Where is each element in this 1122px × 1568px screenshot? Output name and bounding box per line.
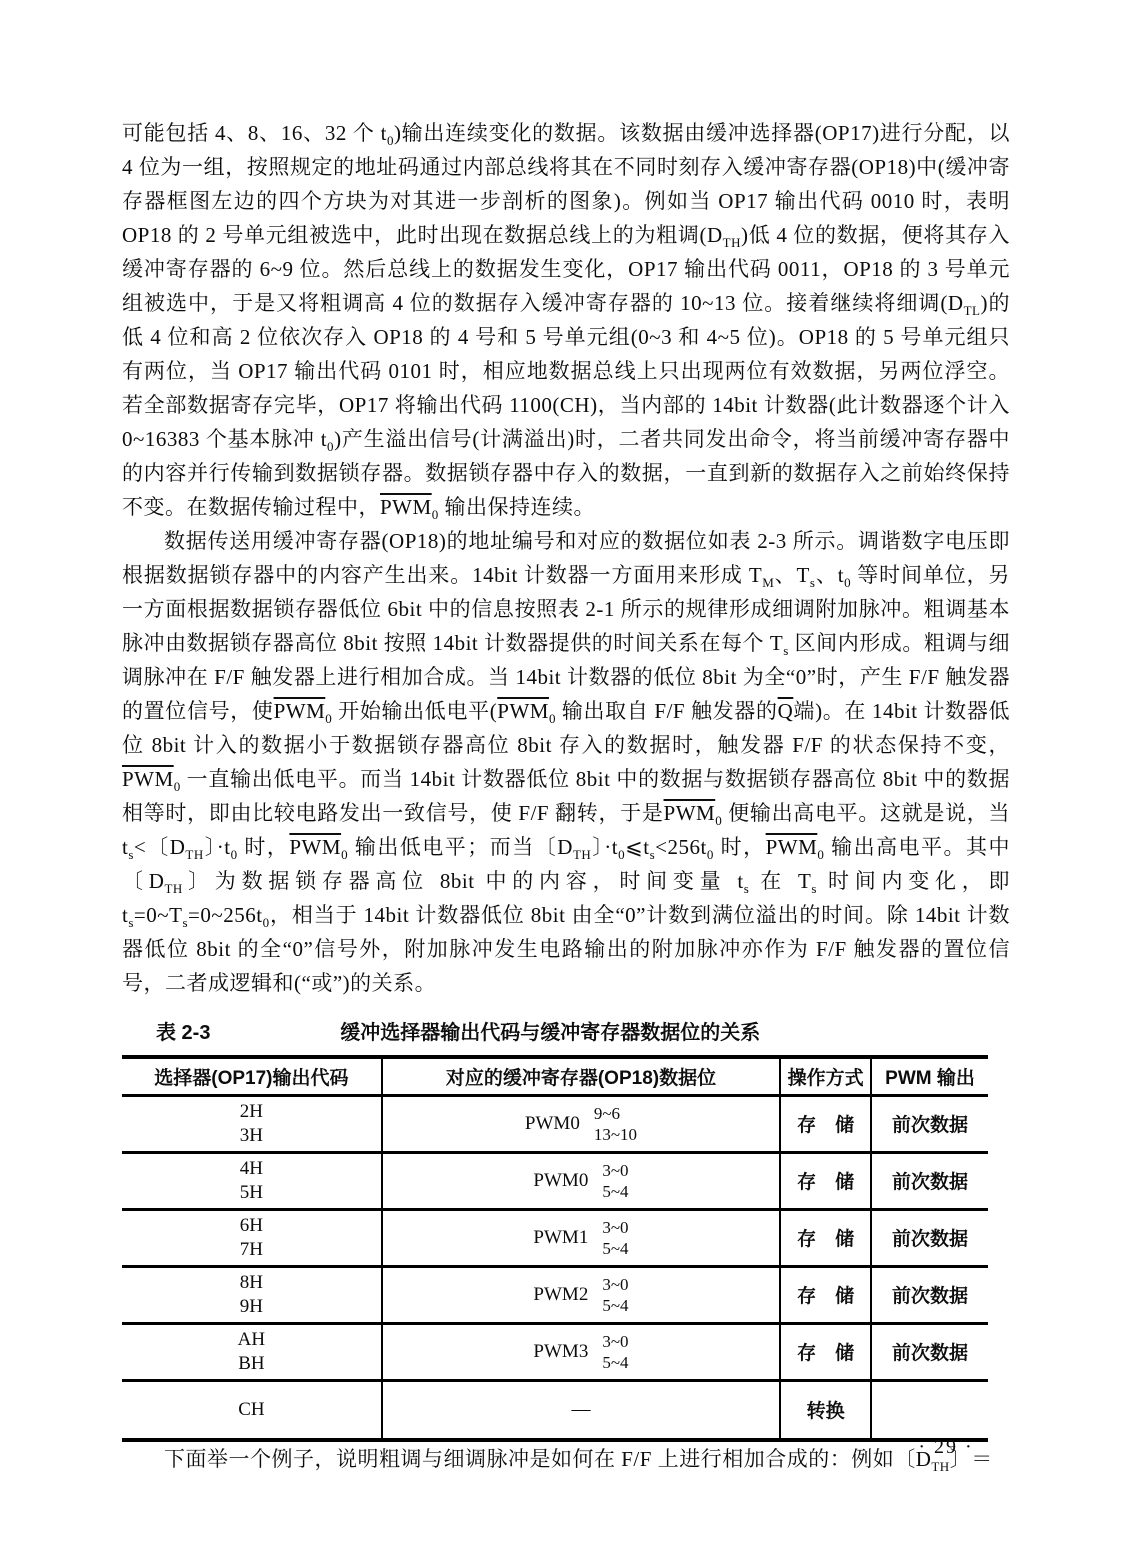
body-paragraph-1: 可能包括 4、8、16、32 个 t0)输出连续变化的数据。该数据由缓冲选择器(… (122, 116, 1010, 524)
pwm-name: PWM0 (525, 1113, 580, 1135)
cell-selector-codes: AH BH (122, 1323, 382, 1380)
pwm-name: PWM2 (533, 1284, 588, 1306)
cell-operation: 存 储 (780, 1152, 871, 1209)
cell-pwm-output: 前次数据 (871, 1095, 988, 1152)
cell-pwm-output: 前次数据 (871, 1266, 988, 1323)
cell-pwm-output: 前次数据 (871, 1209, 988, 1266)
table-header-row: 选择器(OP17)输出代码 对应的缓冲寄存器(OP18)数据位 操作方式 PWM… (122, 1057, 988, 1095)
cell-register-bits: PWM2 3~05~4 (382, 1266, 780, 1323)
cell-operation: 存 储 (780, 1323, 871, 1380)
cell-register-bits: PWM0 9~613~10 (382, 1095, 780, 1152)
table-caption: 表 2-3 缓冲选择器输出代码与缓冲寄存器数据位的关系 (122, 1016, 1010, 1045)
cell-operation: 转换 (780, 1380, 871, 1440)
table-2-3: 选择器(OP17)输出代码 对应的缓冲寄存器(OP18)数据位 操作方式 PWM… (122, 1055, 988, 1442)
table-row: 2H 3H PWM0 9~613~10 存 储 前次数据 (122, 1095, 988, 1152)
body-paragraph-2: 数据传送用缓冲寄存器(OP18)的地址编号和对应的数据位如表 2-3 所示。调谐… (122, 524, 1010, 1000)
table-row: 8H 9H PWM2 3~05~4 存 储 前次数据 (122, 1266, 988, 1323)
cell-pwm-output: 前次数据 (871, 1152, 988, 1209)
pwm-name: PWM3 (533, 1341, 588, 1363)
cell-operation: 存 储 (780, 1266, 871, 1323)
cell-selector-codes: 8H 9H (122, 1266, 382, 1323)
table-row: 4H 5H PWM0 3~05~4 存 储 前次数据 (122, 1152, 988, 1209)
table-label: 表 2-3 (156, 1016, 210, 1045)
pwm-name: — (571, 1399, 590, 1421)
cell-operation: 存 储 (780, 1095, 871, 1152)
cell-pwm-output (871, 1380, 988, 1440)
text-block: 可能包括 4、8、16、32 个 t0)输出连续变化的数据。该数据由缓冲选择器(… (122, 116, 1010, 1476)
column-header-operation: 操作方式 (780, 1057, 871, 1095)
cell-operation: 存 储 (780, 1209, 871, 1266)
cell-selector-codes: 2H 3H (122, 1095, 382, 1152)
cell-pwm-output: 前次数据 (871, 1323, 988, 1380)
document-page: 可能包括 4、8、16、32 个 t0)输出连续变化的数据。该数据由缓冲选择器(… (0, 0, 1122, 1568)
cell-selector-codes: CH (122, 1380, 382, 1440)
page-number: · 29 · (898, 1436, 994, 1459)
table-row: CH — 转换 (122, 1380, 988, 1440)
cell-register-bits: — (382, 1380, 780, 1440)
column-header-pwm-output: PWM 输出 (871, 1057, 988, 1095)
table-title: 缓冲选择器输出代码与缓冲寄存器数据位的关系 (210, 1016, 1010, 1045)
pwm-name: PWM0 (533, 1170, 588, 1192)
column-header-selector-code: 选择器(OP17)输出代码 (122, 1057, 382, 1095)
cell-register-bits: PWM3 3~05~4 (382, 1323, 780, 1380)
cell-register-bits: PWM1 3~05~4 (382, 1209, 780, 1266)
cell-selector-codes: 6H 7H (122, 1209, 382, 1266)
body-paragraph-3: 下面举一个例子，说明粗调与细调脉冲是如何在 F/F 上进行相加合成的：例如〔DT… (122, 1442, 1010, 1476)
pwm-name: PWM1 (533, 1227, 588, 1249)
column-header-register-bits: 对应的缓冲寄存器(OP18)数据位 (382, 1057, 780, 1095)
cell-register-bits: PWM0 3~05~4 (382, 1152, 780, 1209)
table-row: 6H 7H PWM1 3~05~4 存 储 前次数据 (122, 1209, 988, 1266)
table-row: AH BH PWM3 3~05~4 存 储 前次数据 (122, 1323, 988, 1380)
cell-selector-codes: 4H 5H (122, 1152, 382, 1209)
